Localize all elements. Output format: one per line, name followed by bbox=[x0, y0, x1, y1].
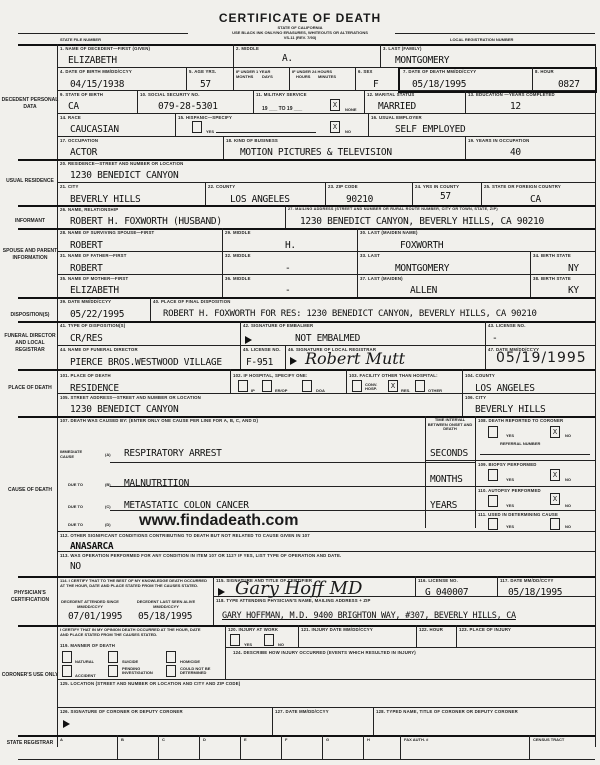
watermark-url[interactable]: www.findadeath.com bbox=[139, 512, 298, 530]
biopsy-yes-checkbox[interactable] bbox=[488, 469, 498, 481]
father-last-label: 33. LAST bbox=[360, 253, 380, 258]
mother-birth-state: KY bbox=[568, 285, 579, 296]
residence-street-label: 20. RESIDENCE—STREET AND NUMBER OR LOCAT… bbox=[60, 161, 183, 166]
ssn-label: 10. SOCIAL SECURITY NO. bbox=[140, 92, 200, 97]
residence-state: CA bbox=[530, 194, 541, 205]
pending-checkbox[interactable] bbox=[108, 665, 118, 677]
director-license: F-951 bbox=[246, 357, 273, 368]
employer-label: 16. USUAL EMPLOYER bbox=[371, 115, 422, 120]
autopsy-no-label: NO bbox=[565, 503, 571, 508]
decedent-sex: F bbox=[373, 79, 378, 90]
natural-checkbox[interactable] bbox=[62, 651, 72, 663]
autopsy-label: 110. AUTOPSY PERFORMED bbox=[478, 488, 541, 493]
spouse-first-label: 28. NAME OF SURVIVING SPOUSE—FIRST bbox=[60, 230, 154, 235]
military-years: 19 ___ TO 19 ___ bbox=[262, 106, 302, 112]
funeral-director: PIERCE BROS.WESTWOOD VILLAGE bbox=[70, 357, 222, 368]
decedent-first-name: ELIZABETH bbox=[68, 55, 117, 66]
city-label: 21. CITY bbox=[60, 184, 79, 189]
autopsy-yes-label: YES bbox=[506, 503, 514, 508]
suicide-checkbox[interactable] bbox=[108, 651, 118, 663]
facility-label: 103. FACILITY OTHER THAN HOSPITAL: bbox=[349, 373, 438, 378]
registration-date: 05/19/1995 bbox=[496, 350, 587, 366]
registrar-col-d: D bbox=[203, 737, 206, 742]
ip-checkbox[interactable] bbox=[238, 380, 248, 392]
kind-of-business: MOTION PICTURES & TELEVISION bbox=[240, 147, 392, 158]
hour-label: 8. HOUR bbox=[535, 69, 554, 74]
fax-auth-label: FAX AUTH. # bbox=[404, 737, 428, 742]
cause-a: RESPIRATORY ARREST bbox=[124, 448, 222, 459]
informant-name: ROBERT H. FOXWORTH (HUSBAND) bbox=[70, 216, 222, 227]
disposition-place-label: 40. PLACE OF FINAL DISPOSITION bbox=[153, 299, 231, 304]
referral-label: REFERRAL NUMBER bbox=[500, 441, 540, 446]
cause-header-label: 107. DEATH WAS CAUSED BY: (ENTER ONLY ON… bbox=[60, 418, 258, 423]
death-city-label: 106. CITY bbox=[465, 395, 486, 400]
accident-label: ACCIDENT bbox=[75, 673, 96, 678]
embalmer-license: - bbox=[492, 333, 497, 344]
mother-first: ELIZABETH bbox=[70, 285, 119, 296]
autopsy-no-checkbox[interactable]: X bbox=[550, 493, 560, 505]
race: CAUCASIAN bbox=[70, 124, 119, 135]
cause-b-interval: MONTHS bbox=[430, 474, 463, 485]
coroner-reported-label: 108. DEATH REPORTED TO CORONER bbox=[478, 418, 563, 423]
section-physician: PHYSICIAN'S CERTIFICATION bbox=[0, 590, 60, 604]
section-cause-of-death: CAUSE OF DEATH bbox=[0, 487, 60, 494]
signature-arrow-icon bbox=[245, 336, 252, 344]
mother-last: ALLEN bbox=[410, 285, 437, 296]
due-to-label-d: DUE TO bbox=[68, 522, 83, 527]
biopsy-no-checkbox[interactable]: X bbox=[550, 469, 560, 481]
autopsy-yes-checkbox[interactable] bbox=[488, 495, 498, 507]
physician-name-address: GARY HOFFMAN, M.D. 9400 BRIGHTON WAY, #3… bbox=[222, 611, 516, 621]
registrar-col-b: B bbox=[121, 737, 124, 742]
hispanic-yes-label: YES bbox=[206, 129, 214, 134]
work-yes-checkbox[interactable] bbox=[230, 634, 240, 646]
father-birth-state: NY bbox=[568, 263, 579, 274]
military-none-checkbox[interactable]: X bbox=[330, 99, 340, 111]
disposition-place: ROBERT H. FOXWORTH FOR RES: 1230 BENEDIC… bbox=[163, 309, 537, 319]
certifier-date-label: 117. DATE MM/DD/CCYY bbox=[500, 578, 554, 583]
used-yes-label: YES bbox=[506, 524, 514, 529]
decedent-last-name: MONTGOMERY bbox=[395, 55, 449, 66]
section-place-of-death: PLACE OF DEATH bbox=[0, 385, 60, 392]
injury-date-label: 121. INJURY DATE MM/DD/CCYY bbox=[301, 627, 373, 632]
decedent-dod: 05/18/1995 bbox=[412, 79, 466, 90]
section-coroner: CORONER'S USE ONLY bbox=[0, 672, 60, 679]
registrar-col-f: F bbox=[285, 737, 287, 742]
biopsy-label: 109. BIOPSY PERFORMED bbox=[478, 462, 537, 467]
birth-state-label: 9. STATE OF BIRTH bbox=[60, 92, 103, 97]
census-tract-label: CENSUS TRACT bbox=[533, 737, 564, 742]
attended-since: 07/01/1995 bbox=[68, 611, 122, 622]
decedent-age: 57 bbox=[200, 79, 211, 90]
section-residence: USUAL RESIDENCE bbox=[0, 178, 60, 185]
years-in-occupation: 40 bbox=[510, 147, 521, 158]
hispanic-no-checkbox[interactable]: X bbox=[330, 121, 340, 133]
section-state-registrar: STATE REGISTRAR bbox=[0, 740, 60, 747]
undetermined-label: COULD NOT BE DETERMINED bbox=[180, 667, 215, 675]
state-label: 25. STATE OR FOREIGN COUNTRY bbox=[484, 184, 561, 189]
coroner-date-label: 127. DATE MM/DD/CCYY bbox=[275, 709, 329, 714]
embalmer-label: 42. SIGNATURE OF EMBALMER bbox=[243, 323, 313, 328]
cause-b: MALNUTRITION bbox=[124, 478, 189, 489]
injury-hour-label: 122. HOUR bbox=[419, 627, 443, 632]
last-name-label: 3. LAST (FAMILY) bbox=[383, 46, 422, 51]
section-spouse-parent: SPOUSE AND PARENT INFORMATION bbox=[0, 248, 60, 262]
father-middle-label: 32. MIDDLE bbox=[225, 253, 251, 258]
residence-street: 1230 BENEDICT CANYON bbox=[70, 170, 178, 181]
death-street: 1230 BENEDICT CANYON bbox=[70, 404, 178, 415]
death-city: BEVERLY HILLS bbox=[475, 404, 545, 415]
cause-a-interval: SECONDS bbox=[430, 448, 468, 459]
coroner-certify-text: I CERTIFY THAT IN MY OPINION DEATH OCCUR… bbox=[60, 627, 210, 637]
used-no-checkbox[interactable] bbox=[550, 518, 560, 530]
state-file-number-label: STATE FILE NUMBER bbox=[60, 37, 101, 42]
zip-label: 23. ZIP CODE bbox=[328, 184, 358, 189]
er-op-checkbox[interactable] bbox=[262, 380, 272, 392]
minutes-label: MINUTES bbox=[318, 74, 336, 79]
father-first-label: 31. NAME OF FATHER—FIRST bbox=[60, 253, 127, 258]
coroner-typed-name-label: 128. TYPED NAME, TITLE OF CORONER OR DEP… bbox=[376, 709, 518, 714]
disposition-date: 05/22/1995 bbox=[70, 309, 124, 320]
first-name-label: 1. NAME OF DECEDENT—FIRST (GIVEN) bbox=[60, 46, 150, 51]
spouse-first: ROBERT bbox=[70, 240, 103, 251]
coroner-yes-label: YES bbox=[506, 433, 514, 438]
yrs-county-label: 24. YRS IN COUNTY bbox=[415, 184, 459, 189]
operation: NO bbox=[70, 561, 81, 572]
business-label: 18. KIND OF BUSINESS bbox=[226, 138, 278, 143]
section-funeral: FUNERAL DIRECTOR AND LOCAL REGISTRAR bbox=[0, 333, 60, 354]
physician-certify-text: 114. I CERTIFY THAT TO THE BEST OF MY KN… bbox=[60, 578, 210, 588]
father-last: MONTGOMERY bbox=[395, 263, 449, 274]
registrar-col-g: G bbox=[326, 737, 329, 742]
dod-label: 7. DATE OF DEATH MM/DD/CCYY bbox=[403, 69, 476, 74]
residence-zip: 90210 bbox=[346, 194, 373, 205]
other-conditions-label: 112. OTHER SIGNIFICANT CONDITIONS CONTRI… bbox=[60, 533, 310, 538]
immediate-cause-label: IMMEDIATE CAUSE bbox=[60, 449, 88, 459]
education: 12 bbox=[510, 101, 521, 112]
interval-label: TIME INTERVAL BETWEEN ONSET AND DEATH bbox=[426, 418, 474, 432]
accident-checkbox[interactable] bbox=[62, 665, 72, 677]
months-label: MONTHS bbox=[236, 74, 253, 79]
signature-arrow-icon bbox=[218, 588, 225, 596]
mother-first-label: 35. NAME OF MOTHER—FIRST bbox=[60, 276, 128, 281]
local-registration-label: LOCAL REGISTRATION NUMBER bbox=[450, 37, 513, 42]
homicide-label: HOMICIDE bbox=[180, 659, 200, 664]
embalmer-license-label: 43. LICENSE NO. bbox=[488, 323, 526, 328]
registrar-signature: Robert Mutt bbox=[305, 349, 405, 368]
cause-c-letter: (C) bbox=[105, 504, 111, 509]
military-none-label: NONE bbox=[345, 107, 357, 112]
father-first: ROBERT bbox=[70, 263, 103, 274]
years-label: 19. YEARS IN OCCUPATION bbox=[468, 138, 529, 143]
decedent-middle-name: A. bbox=[282, 53, 293, 64]
cause-a-letter: (A) bbox=[105, 452, 111, 457]
mother-middle: - bbox=[285, 285, 290, 296]
due-to-label-c: DUE TO bbox=[68, 504, 83, 509]
signature-arrow-icon bbox=[63, 720, 70, 728]
race-label: 14. RACE bbox=[60, 115, 81, 120]
father-middle: - bbox=[285, 263, 290, 274]
natural-label: NATURAL bbox=[75, 659, 94, 664]
death-street-label: 105. STREET ADDRESS—STREET AND NUMBER OR… bbox=[60, 395, 201, 400]
county-label: 22. COUNTY bbox=[208, 184, 235, 189]
marital-label: 12. MARITAL STATUS bbox=[367, 92, 414, 97]
signature-arrow-icon bbox=[290, 357, 297, 365]
residence-county: LOS ANGELES bbox=[230, 194, 290, 205]
director-label: 44. NAME OF FUNERAL DIRECTOR bbox=[60, 347, 138, 352]
used-no-label: NO bbox=[565, 524, 571, 529]
disposition-type-label: 41. TYPE OF DISPOSITION(S) bbox=[60, 323, 125, 328]
physician-name-label: 118. TYPE ATTENDING PHYSICIAN'S NAME, MA… bbox=[216, 598, 371, 603]
place-of-death-label: 101. PLACE OF DEATH bbox=[60, 373, 111, 378]
occupation: ACTOR bbox=[70, 147, 97, 158]
registrar-col-c: C bbox=[162, 737, 165, 742]
other-checkbox[interactable] bbox=[415, 380, 425, 392]
death-county-label: 104. COUNTY bbox=[465, 373, 495, 378]
hours-label: HOURS bbox=[296, 74, 310, 79]
mother-state-label: 38. BIRTH STATE bbox=[533, 276, 571, 281]
director-license-label: 45. LICENSE NO. bbox=[243, 347, 281, 352]
decedent-dob: 04/15/1938 bbox=[70, 79, 124, 90]
informant-name-label: 26. NAME, RELATIONSHIP bbox=[60, 207, 118, 212]
biopsy-yes-label: YES bbox=[506, 477, 514, 482]
injury-work-label: 120. INJURY AT WORK bbox=[228, 627, 278, 632]
pending-label: PENDING INVESTIGATION bbox=[122, 667, 162, 675]
mother-last-label: 37. LAST (MAIDEN) bbox=[360, 276, 403, 281]
embalmer: NOT EMBALMED bbox=[295, 333, 360, 344]
used-cause-label: 111. USED IN DETERMINING CAUSE bbox=[478, 512, 558, 517]
registrar-col-a: A bbox=[60, 737, 63, 742]
informant-address-label: 27. MAILING ADDRESS (STREET AND NUMBER O… bbox=[288, 207, 498, 211]
usual-employer: SELF EMPLOYED bbox=[395, 124, 465, 135]
section-decedent: DECEDENT PERSONAL DATA bbox=[0, 97, 60, 111]
last-alive-label: DECEDENT LAST SEEN ALIVE MM/DD/CCYY bbox=[126, 599, 206, 609]
suicide-label: SUICIDE bbox=[122, 659, 138, 664]
due-to-label-b: DUE TO bbox=[68, 482, 83, 487]
work-no-checkbox[interactable] bbox=[264, 634, 274, 646]
disposition-type: CR/RES bbox=[70, 333, 103, 344]
injury-place-label: 123. PLACE OF INJURY bbox=[459, 627, 511, 632]
spouse-middle-label: 29. MIDDLE bbox=[225, 230, 251, 235]
certifier-license-label: 116. LICENSE NO. bbox=[418, 578, 458, 583]
father-state-label: 34. BIRTH STATE bbox=[533, 253, 571, 258]
spouse-last: FOXWORTH bbox=[400, 240, 443, 251]
hispanic-yes-checkbox[interactable] bbox=[192, 121, 202, 133]
certificate-title: CERTIFICATE OF DEATH bbox=[0, 11, 600, 25]
used-yes-checkbox[interactable] bbox=[488, 518, 498, 530]
section-disposition: DISPOSITION(S) bbox=[0, 312, 60, 319]
last-seen-alive: 05/18/1995 bbox=[138, 611, 192, 622]
coroner-yes-checkbox[interactable] bbox=[488, 426, 498, 438]
operation-label: 113. WAS OPERATION PERFORMED FOR ANY CON… bbox=[60, 553, 341, 558]
attended-label: DECEDENT ATTENDED SINCE MM/DD/CCYY bbox=[60, 599, 120, 609]
manner-label: 119. MANNER OF DEATH bbox=[60, 643, 115, 648]
injury-location-label: 125. LOCATION (STREET AND NUMBER OR LOCA… bbox=[60, 681, 240, 686]
years-in-county: 57 bbox=[440, 191, 451, 202]
days-label: DAYS bbox=[262, 74, 273, 79]
coroner-signature-label: 126. SIGNATURE OF CORONER OR DEPUTY CORO… bbox=[60, 709, 183, 714]
conv-hosp-label: CONV. HOSP. bbox=[365, 383, 385, 391]
ssn: 079-28-5301 bbox=[158, 101, 218, 112]
informant-address: 1230 BENEDICT CANYON, BEVERLY HILLS, CA … bbox=[300, 216, 544, 227]
death-hour: 0827 bbox=[558, 79, 580, 90]
hispanic-label: 15. HISPANIC—SPECIFY bbox=[178, 115, 232, 120]
marital-status: MARRIED bbox=[378, 101, 416, 112]
conv-hosp-checkbox[interactable] bbox=[352, 380, 362, 392]
education-label: 13. EDUCATION —YEARS COMPLETED bbox=[468, 92, 555, 97]
hospital-label: 102. IF HOSPITAL, SPECIFY ONE: bbox=[233, 373, 308, 378]
undetermined-checkbox[interactable] bbox=[166, 665, 176, 677]
spouse-middle: H. bbox=[285, 240, 296, 251]
hispanic-no-label: NO bbox=[345, 129, 351, 134]
middle-name-label: 2. MIDDLE bbox=[236, 46, 259, 51]
residence-city: BEVERLY HILLS bbox=[70, 194, 140, 205]
mother-middle-label: 36. MIDDLE bbox=[225, 276, 251, 281]
coroner-no-label: NO bbox=[565, 433, 571, 438]
coroner-no-checkbox[interactable]: X bbox=[550, 426, 560, 438]
cause-d-letter: (D) bbox=[105, 522, 111, 527]
registrar-col-e: E bbox=[244, 737, 247, 742]
sex-label: 6. SEX bbox=[358, 69, 373, 74]
registrar-col-h: H bbox=[367, 737, 370, 742]
state-registrar-row: A B C D E F G H FAX AUTH. # CENSUS TRACT bbox=[57, 735, 595, 759]
occupation-label: 17. OCCUPATION bbox=[60, 138, 98, 143]
birth-state: CA bbox=[68, 101, 79, 112]
section-informant: INFORMANT bbox=[0, 218, 60, 225]
homicide-checkbox[interactable] bbox=[166, 651, 176, 663]
spouse-last-label: 30. LAST (MAIDEN NAME) bbox=[360, 230, 418, 235]
military-label: 11. MILITARY SERVICE bbox=[256, 92, 307, 97]
res-checkbox[interactable]: X bbox=[388, 380, 398, 392]
age-label: 5. AGE YRS. bbox=[189, 69, 216, 74]
doa-checkbox[interactable] bbox=[302, 380, 312, 392]
dob-label: 4. DATE OF BIRTH MM/DD/CCYY bbox=[60, 69, 132, 74]
biopsy-no-label: NO bbox=[565, 477, 571, 482]
disposition-date-label: 39. DATE MM/DD/CCYY bbox=[60, 299, 111, 304]
describe-injury-label: 124. DESCRIBE HOW INJURY OCCURRED (EVENT… bbox=[233, 650, 416, 655]
